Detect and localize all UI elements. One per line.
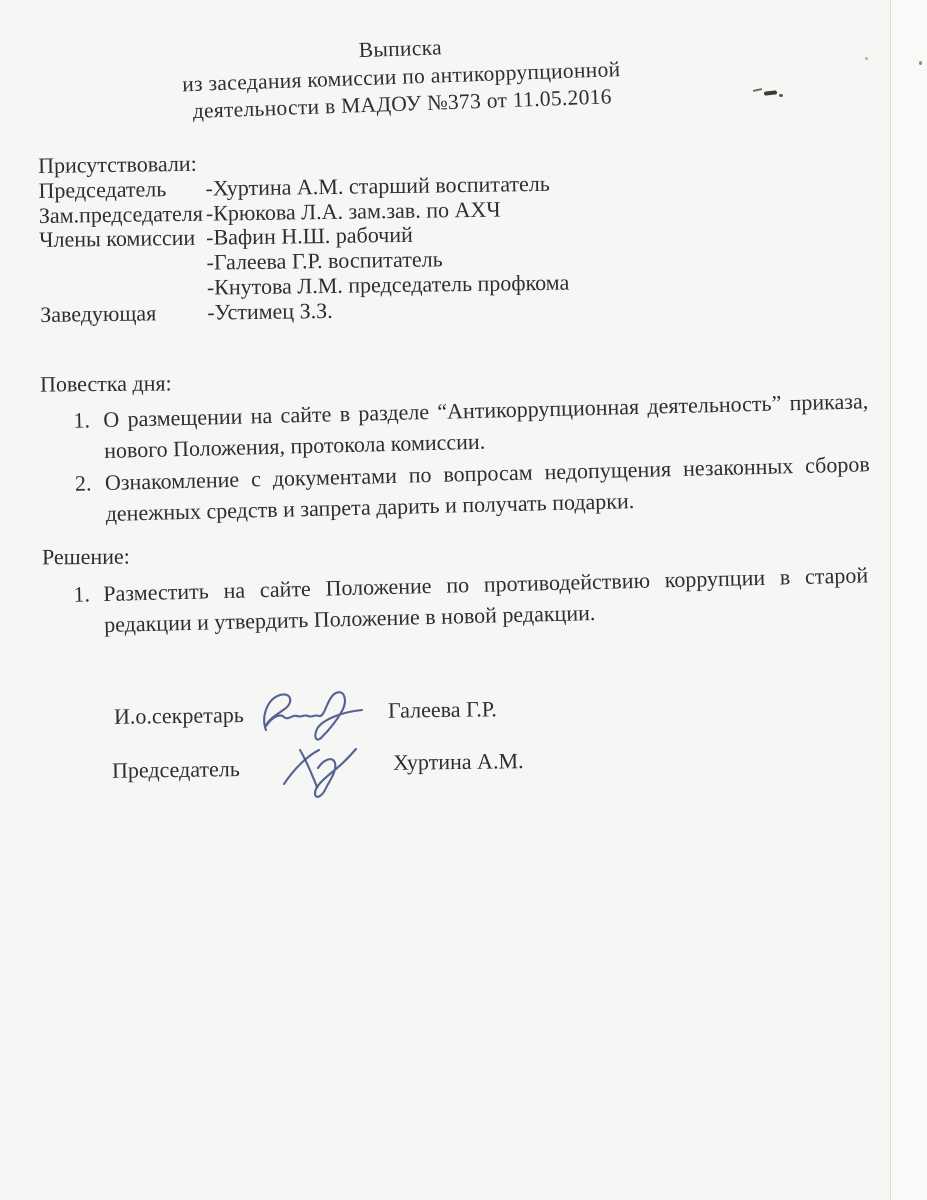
scan-speck xyxy=(865,57,868,60)
scan-artifact-smudge xyxy=(753,85,787,99)
signature-galeeva xyxy=(256,684,374,746)
scan-speck xyxy=(919,61,922,65)
document-title: Выписка из заседания комиссии по антикор… xyxy=(163,27,640,126)
agenda-list: О размещении на сайте в разделе “Антикор… xyxy=(103,385,871,530)
decision-list: Разместить на сайте Положение по противо… xyxy=(103,559,869,641)
attendee-role: Председатель xyxy=(38,176,205,203)
attendee-role xyxy=(40,276,207,303)
scan-edge-shade xyxy=(891,0,927,1200)
attendees-section: Присутствовали: Председатель -Хуртина А.… xyxy=(38,146,620,328)
decision-item: Разместить на сайте Положение по противо… xyxy=(103,559,869,640)
decision-heading: Решение: xyxy=(42,544,130,571)
signature-stroke xyxy=(315,749,356,797)
signature-role-secretary: И.о.секретарь xyxy=(114,702,244,730)
signature-name-galeeva: Галеева Г.Р. xyxy=(388,696,497,724)
signature-stroke xyxy=(264,692,362,739)
agenda-heading: Повестка дня: xyxy=(40,370,172,397)
attendee-person: -Устимец З.З. xyxy=(207,295,620,326)
signature-role-chairman: Председатель xyxy=(112,756,240,784)
attendee-role: Члены комиссии xyxy=(39,226,206,253)
attendee-role xyxy=(39,251,206,278)
scanned-document-page: Выписка из заседания комиссии по антикор… xyxy=(0,0,927,1200)
signature-khurtina xyxy=(278,744,370,806)
scanner-edge-line xyxy=(890,0,891,1200)
signature-name-khurtina: Хуртина А.М. xyxy=(393,748,524,776)
attendee-role: Зам.председателя xyxy=(39,201,206,228)
attendee-role: Заведующая xyxy=(40,300,207,327)
